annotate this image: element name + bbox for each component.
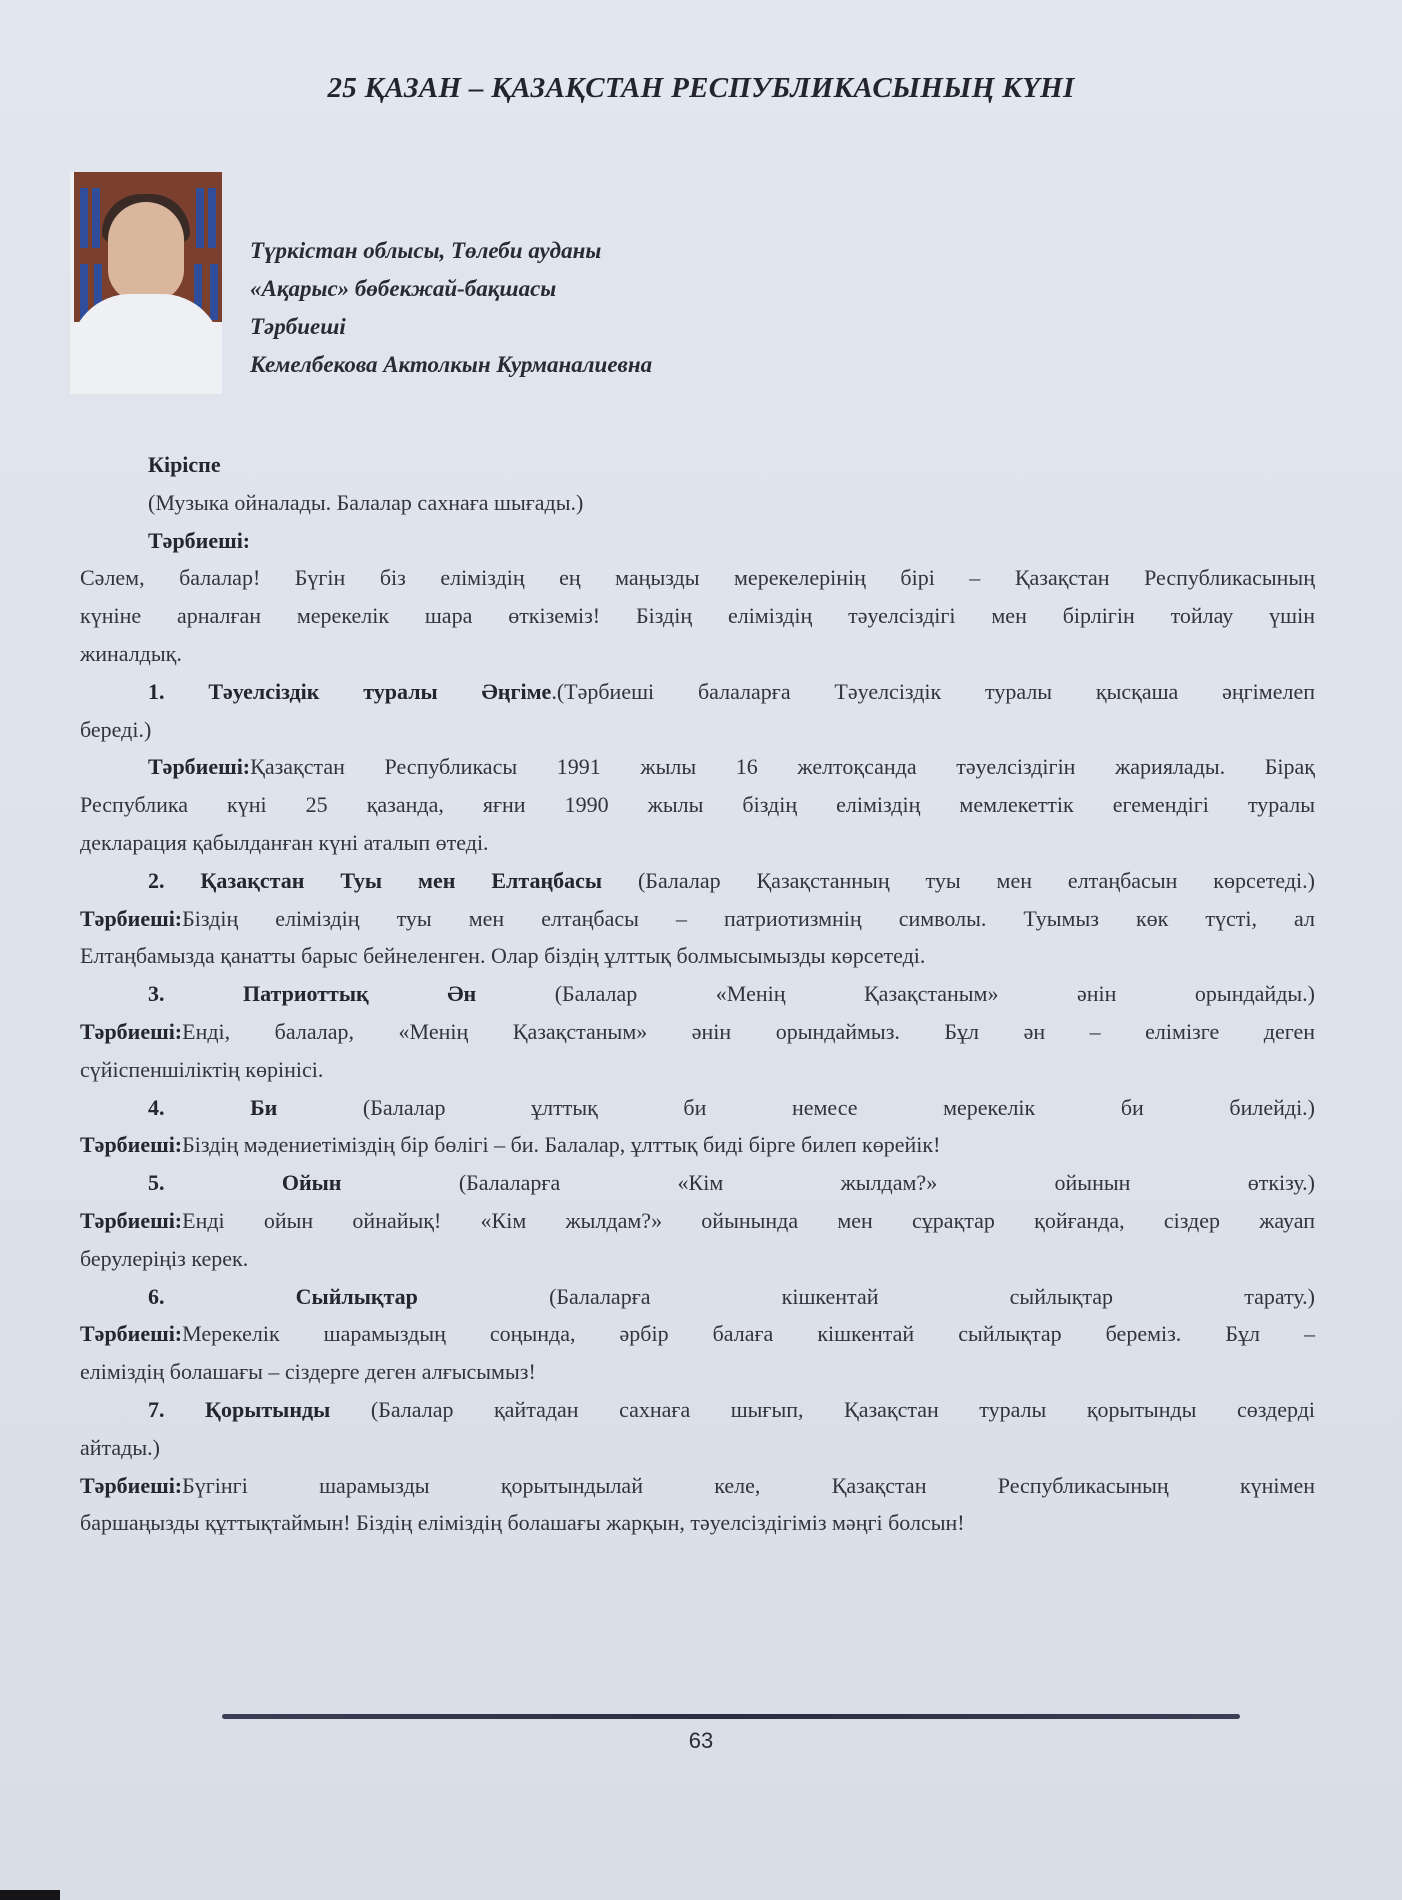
page-title: 25 ҚАЗАН – ҚАЗАҚСТАН РЕСПУБЛИКАСЫНЫҢ КҮН… [0,72,1402,105]
section-3-speech: Тәрбиеші:Енді, балалар, «Менің Қазақстан… [80,1013,1315,1051]
section-3-speech: сүйіспеншіліктің көрінісі. [80,1051,1315,1089]
section-7-speech: Тәрбиеші:Бүгінгі шарамызды қорытындылай … [80,1467,1315,1505]
intro-speech-line: жиналдық. [80,635,1315,673]
section-4-speech: Тәрбиеші:Біздің мәдениетіміздің бір бөлі… [80,1126,1315,1164]
intro-speaker: Тәрбиеші: [80,522,1315,560]
intro-speech-line: күніне арналған мерекелік шара өткіземіз… [80,597,1315,635]
section-7-heading-line: 7. Қорытынды (Балалар қайтадан сахнаға ш… [80,1391,1315,1429]
section-5-speech: Тәрбиеші:Енді ойын ойнайық! «Кім жылдам?… [80,1202,1315,1240]
section-6-speech: еліміздің болашағы – сіздерге деген алғы… [80,1353,1315,1391]
section-4-heading-line: 4. Би (Балалар ұлттық би немесе мерекелі… [80,1089,1315,1127]
section-5-heading-line: 5. Ойын (Балаларға «Кім жылдам?» ойынын … [80,1164,1315,1202]
section-6-speech: Тәрбиеші:Мерекелік шарамыздың соңында, ә… [80,1315,1315,1353]
scan-edge-shadow [0,1890,60,1900]
section-3-heading-line: 3. Патриоттық Ән (Балалар «Менің Қазақст… [80,975,1315,1013]
document-page: 25 ҚАЗАН – ҚАЗАҚСТАН РЕСПУБЛИКАСЫНЫҢ КҮН… [0,0,1402,1900]
intro-speech-line: Сәлем, балалар! Бүгін біз еліміздің ең м… [80,559,1315,597]
section-6-heading-line: 6. Сыйлықтар (Балаларға кішкентай сыйлық… [80,1278,1315,1316]
intro-stage-direction: (Музыка ойналады. Балалар сахнаға шығады… [80,484,1315,522]
section-1-speech: Тәрбиеші:Қазақстан Республикасы 1991 жыл… [80,748,1315,786]
section-1-speech: декларация қабылданған күні аталып өтеді… [80,824,1315,862]
author-portrait-icon [70,172,222,394]
footer-divider [222,1714,1240,1719]
author-region: Түркістан облысы, Төлеби ауданы [250,232,652,270]
section-5-speech: берулеріңіз керек. [80,1240,1315,1278]
section-1-direction: береді.) [80,711,1315,749]
section-2-heading-line: 2. Қазақстан Туы мен Елтаңбасы (Балалар … [80,862,1315,900]
section-2-speech: Тәрбиеші:Біздің еліміздің туы мен елтаңб… [80,900,1315,938]
author-position: Тәрбиеші [250,308,652,346]
article-body: Кіріспе (Музыка ойналады. Балалар сахнағ… [80,446,1315,1542]
page-number: 63 [0,1728,1402,1754]
intro-heading: Кіріспе [80,446,1315,484]
section-7-speech: баршаңызды құттықтаймын! Біздің елімізді… [80,1504,1315,1542]
author-block: Түркістан облысы, Төлеби ауданы «Ақарыс»… [250,232,652,384]
section-1-speech: Республика күні 25 қазанда, яғни 1990 жы… [80,786,1315,824]
section-1-heading-line: 1. Тәуелсіздік туралы Әңгіме.(Тәрбиеші б… [80,673,1315,711]
author-name: Кемелбекова Актолкын Курманалиевна [250,346,652,384]
author-institution: «Ақарыс» бөбекжай-бақшасы [250,270,652,308]
section-7-direction: айтады.) [80,1429,1315,1467]
section-2-speech: Елтаңбамызда қанатты барыс бейнеленген. … [80,937,1315,975]
